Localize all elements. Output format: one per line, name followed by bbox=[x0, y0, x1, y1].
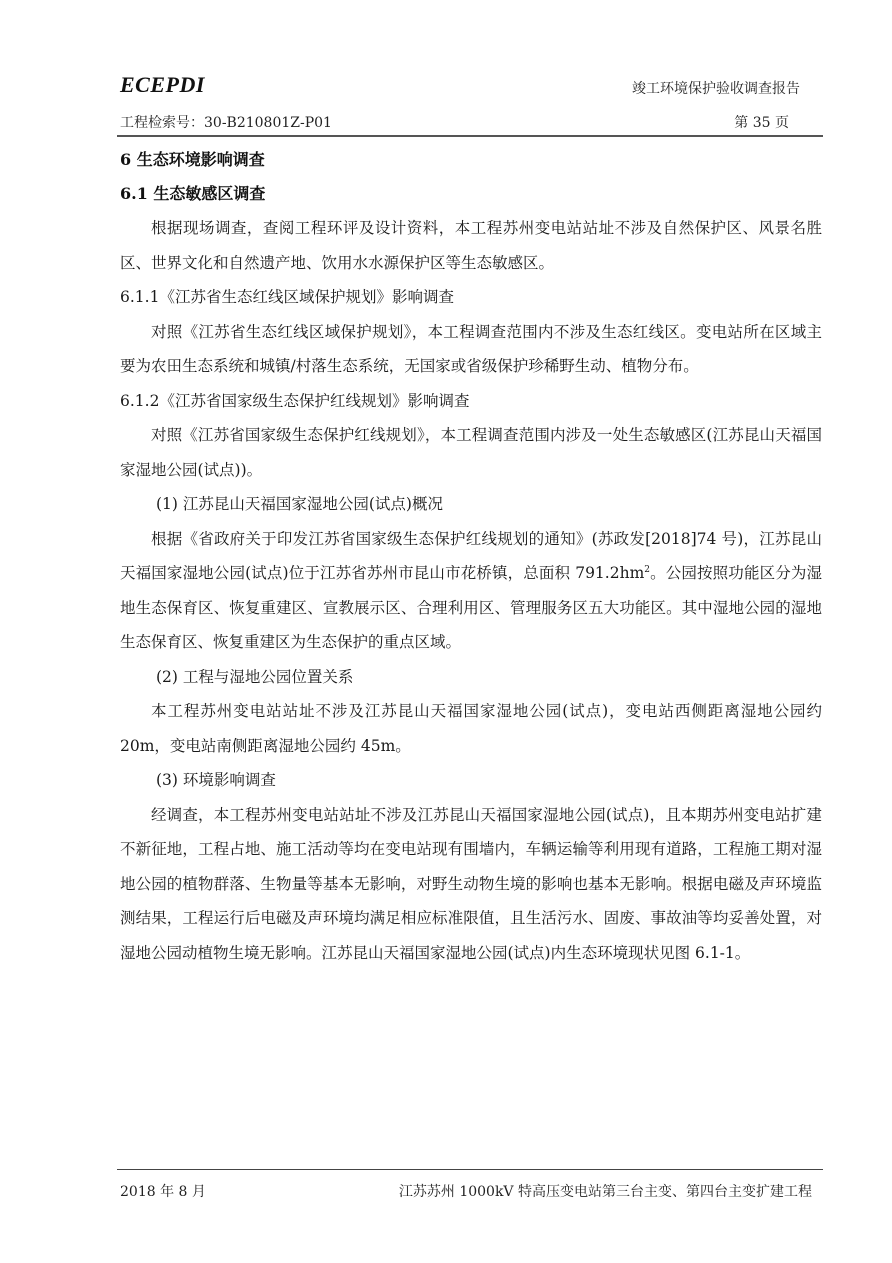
footer-divider bbox=[117, 1169, 823, 1170]
section-6-1-heading: 6.1 生态敏感区调查 bbox=[120, 177, 822, 211]
subsection-1-paragraph: 根据《省政府关于印发江苏省国家级生态保护红线规划的通知》(苏政发[2018]74… bbox=[120, 522, 822, 660]
page-body: 6 生态环境影响调查 6.1 生态敏感区调查 根据现场调查，查阅工程环评及设计资… bbox=[120, 143, 822, 970]
section-6-1-2-heading: 6.1.2《江苏省国家级生态保护红线规划》影响调查 bbox=[120, 384, 822, 419]
intro-paragraph: 根据现场调查，查阅工程环评及设计资料，本工程苏州变电站站址不涉及自然保护区、风景… bbox=[120, 211, 822, 280]
footer-date: 2018 年 8 月 bbox=[120, 1181, 206, 1201]
subsection-3-paragraph: 经调查，本工程苏州变电站站址不涉及江苏昆山天福国家湿地公园(试点)，且本期苏州变… bbox=[120, 798, 822, 971]
subsection-1-heading: (1) 江苏昆山天福国家湿地公园(试点)概况 bbox=[120, 487, 822, 522]
section-6-1-1-heading: 6.1.1《江苏省生态红线区域保护规划》影响调查 bbox=[120, 280, 822, 315]
subsection-2-heading: (2) 工程与湿地公园位置关系 bbox=[120, 660, 822, 695]
section-6-1-2-paragraph: 对照《江苏省国家级生态保护红线规划》，本工程调查范围内涉及一处生态敏感区(江苏昆… bbox=[120, 418, 822, 487]
footer-project-name: 江苏苏州 1000kV 特高压变电站第三台主变、第四台主变扩建工程 bbox=[399, 1181, 812, 1201]
subsection-3-heading: (3) 环境影响调查 bbox=[120, 763, 822, 798]
subsection-2-paragraph: 本工程苏州变电站站址不涉及江苏昆山天福国家湿地公园(试点)，变电站西侧距离湿地公… bbox=[120, 694, 822, 763]
section-6-1-1-paragraph: 对照《江苏省生态红线区域保护规划》，本工程调查范围内不涉及生态红线区。变电站所在… bbox=[120, 315, 822, 384]
header-divider bbox=[117, 135, 823, 137]
company-logo: ECEPDI bbox=[120, 72, 205, 98]
project-code: 工程检索号：30-B210801Z-P01 bbox=[120, 112, 332, 132]
page-number: 第 35 页 bbox=[734, 112, 789, 132]
section-6-heading: 6 生态环境影响调查 bbox=[120, 143, 822, 177]
document-page: ECEPDI 竣工环境保护验收调查报告 工程检索号：30-B210801Z-P0… bbox=[0, 0, 892, 1263]
report-title: 竣工环境保护验收调查报告 bbox=[632, 78, 800, 98]
